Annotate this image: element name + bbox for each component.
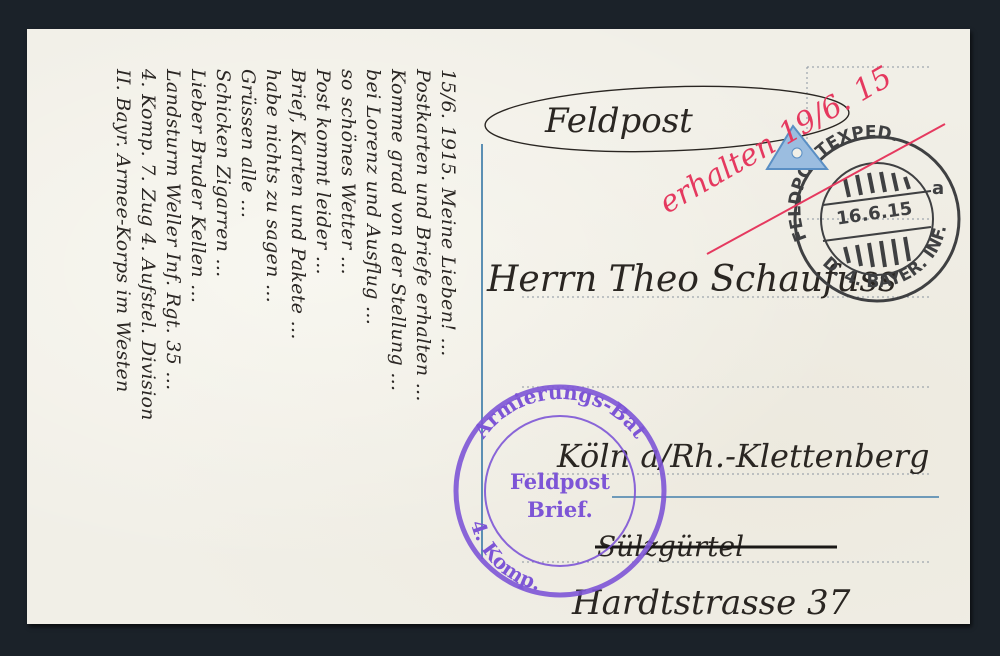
svg-text:a: a — [932, 178, 944, 199]
svg-text:bei Lorenz und Ausflug ...: bei Lorenz und Ausflug ... — [362, 69, 384, 325]
svg-text:Feldpost: Feldpost — [510, 469, 610, 494]
postcard: Feldpost 15/6. 1915. Meine Lieben! ... P… — [27, 29, 970, 624]
svg-text:habe nichts zu sagen ...: habe nichts zu sagen ... — [262, 69, 284, 303]
recipient-street: Hardtstrasse 37 — [571, 583, 851, 623]
svg-text:Brief, Karten und Pakete ...: Brief, Karten und Pakete ... — [287, 68, 309, 340]
svg-text:II. Bayr. Armee-Korps im Weste: II. Bayr. Armee-Korps im Westen — [112, 68, 134, 393]
svg-text:4. Komp. 7. Zug 4. Aufstel. Di: 4. Komp. 7. Zug 4. Aufstel. Division — [137, 68, 159, 421]
svg-text:Grüssen alle ...: Grüssen alle ... — [237, 69, 259, 218]
struck-address-line: Sülzgürtel — [595, 530, 837, 563]
svg-text:so schönes Wetter ...: so schönes Wetter ... — [337, 69, 359, 275]
message-text: 15/6. 1915. Meine Lieben! ... Postkarten… — [112, 68, 459, 421]
svg-text:Post kommt leider ...: Post kommt leider ... — [312, 68, 334, 275]
feldpost-label: Feldpost — [544, 101, 693, 141]
unit-cachet: Armierungs-Bat 4. Komp. Feldpost Brief. — [456, 380, 664, 595]
recipient-city: Köln a/Rh.-Klettenberg — [556, 437, 929, 475]
svg-text:Schicken Zigarren ...: Schicken Zigarren ... — [212, 69, 234, 278]
svg-text:Landsturm Weller Inf. Rgt. 35: Landsturm Weller Inf. Rgt. 35 ... — [162, 68, 184, 390]
svg-text:Armierungs-Bat: Armierungs-Bat — [468, 380, 652, 444]
postcard-artwork: Feldpost 15/6. 1915. Meine Lieben! ... P… — [27, 29, 970, 624]
svg-text:15/6. 1915. Meine Lieben! .: 15/6. 1915. Meine Lieben! ... — [437, 69, 459, 357]
svg-text:Postkarten und Briefe erhalten: Postkarten und Briefe erhalten ... — [412, 68, 434, 402]
svg-text:Komme grad von der Stellung ..: Komme grad von der Stellung ... — [387, 68, 409, 391]
svg-text:Lieber Bruder Kellen ...: Lieber Bruder Kellen ... — [187, 68, 209, 303]
svg-text:Brief.: Brief. — [527, 497, 593, 522]
